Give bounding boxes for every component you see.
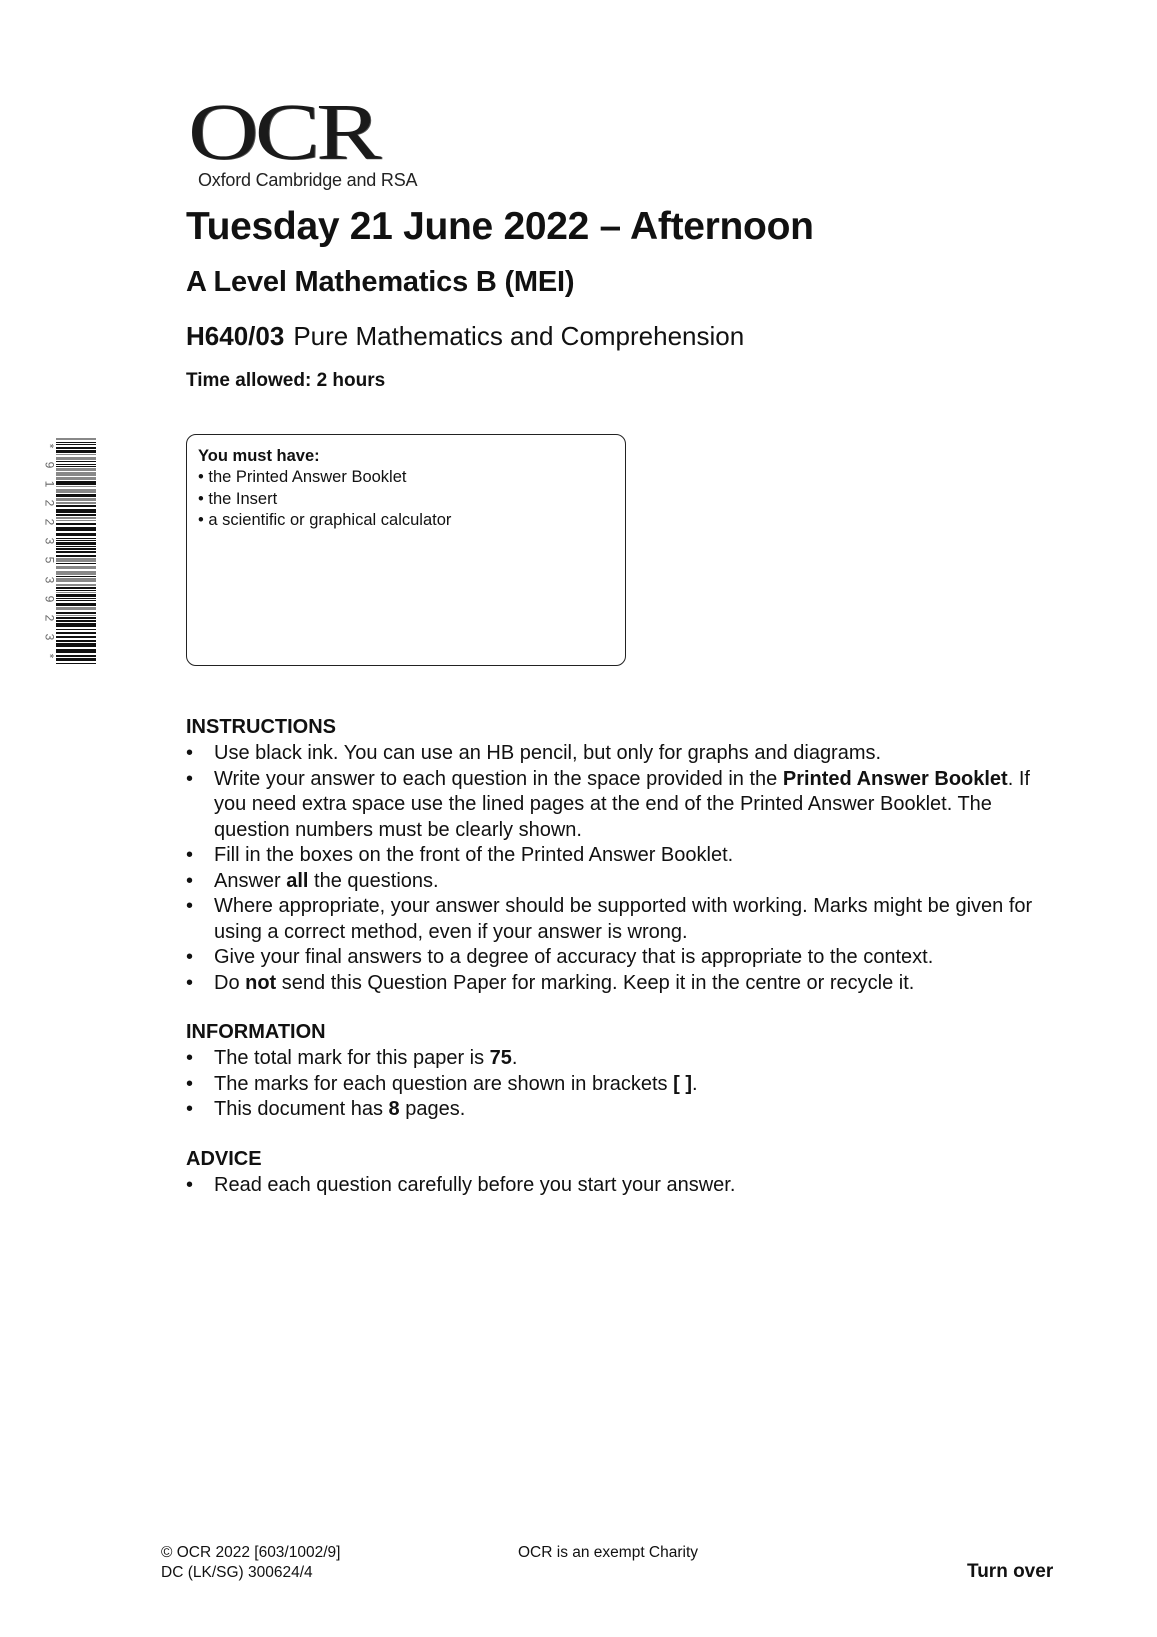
paper-line: H640/03Pure Mathematics and Comprehensio… xyxy=(186,321,744,352)
barcode: *9122353923* xyxy=(40,438,96,664)
bullet-icon: • xyxy=(186,1046,193,1072)
footer-doc-ref: DC (LK/SG) 300624/4 xyxy=(161,1563,340,1583)
barcode-digit: * xyxy=(39,654,55,659)
footer-left: © OCR 2022 [603/1002/9] DC (LK/SG) 30062… xyxy=(161,1543,340,1583)
bullet-icon: • xyxy=(186,1173,193,1199)
advice-heading: ADVICE xyxy=(186,1148,262,1171)
information-heading: INFORMATION xyxy=(186,1021,326,1044)
bullet-icon: • xyxy=(186,971,193,997)
barcode-digit: 2 xyxy=(39,519,55,526)
bullet-icon: • xyxy=(186,945,193,971)
barcode-digit: 2 xyxy=(39,614,55,621)
bullet-icon: • xyxy=(186,767,193,793)
barcode-digit: * xyxy=(39,444,55,449)
list-item: •Where appropriate, your answer should b… xyxy=(186,894,1066,945)
list-item: •Do not send this Question Paper for mar… xyxy=(186,971,1066,997)
barcode-bars-icon xyxy=(56,438,96,664)
list-item: •This document has 8 pages. xyxy=(186,1097,1066,1123)
instructions-heading: INSTRUCTIONS xyxy=(186,716,336,739)
ocr-logo-mark: OCR xyxy=(188,96,378,168)
must-have-heading: You must have: xyxy=(198,446,625,467)
barcode-digit: 3 xyxy=(39,538,55,545)
barcode-digit: 3 xyxy=(39,633,55,640)
list-item: •Answer all the questions. xyxy=(186,869,1066,895)
barcode-digit: 2 xyxy=(39,500,55,507)
barcode-digit: 9 xyxy=(39,462,55,469)
list-item: •Give your final answers to a degree of … xyxy=(186,945,1066,971)
ocr-logo-tagline: Oxford Cambridge and RSA xyxy=(198,170,417,191)
list-item: •The total mark for this paper is 75. xyxy=(186,1046,1066,1072)
bullet-icon: • xyxy=(186,894,193,920)
instructions-list: •Use black ink. You can use an HB pencil… xyxy=(186,741,1066,996)
exam-date-session: Tuesday 21 June 2022 – Afternoon xyxy=(186,205,814,249)
bullet-icon: • xyxy=(186,843,193,869)
bullet-icon: • xyxy=(186,741,193,767)
list-item: •Fill in the boxes on the front of the P… xyxy=(186,843,1066,869)
must-have-item: • a scientific or graphical calculator xyxy=(198,510,625,532)
ocr-logo: OCR Oxford Cambridge and RSA xyxy=(188,96,428,196)
paper-title: Pure Mathematics and Comprehension xyxy=(293,321,744,351)
barcode-digit: 9 xyxy=(39,595,55,602)
footer-charity: OCR is an exempt Charity xyxy=(518,1543,698,1563)
must-have-list: • the Printed Answer Booklet• the Insert… xyxy=(198,467,625,532)
must-have-item: • the Insert xyxy=(198,489,625,511)
list-item: •Read each question carefully before you… xyxy=(186,1173,1066,1199)
bullet-icon: • xyxy=(186,1072,193,1098)
paper-code: H640/03 xyxy=(186,321,284,351)
list-item: •The marks for each question are shown i… xyxy=(186,1072,1066,1098)
turn-over-label: Turn over xyxy=(967,1561,1053,1583)
time-allowed: Time allowed: 2 hours xyxy=(186,370,385,392)
barcode-digit: 3 xyxy=(39,576,55,583)
barcode-digit: 1 xyxy=(39,481,55,488)
bullet-icon: • xyxy=(186,869,193,895)
footer-copyright: © OCR 2022 [603/1002/9] xyxy=(161,1543,340,1563)
advice-list: •Read each question carefully before you… xyxy=(186,1173,1066,1199)
barcode-digit: 5 xyxy=(39,557,55,564)
list-item: •Write your answer to each question in t… xyxy=(186,767,1066,844)
bullet-icon: • xyxy=(186,1097,193,1123)
barcode-digits: *9122353923* xyxy=(40,438,54,664)
qualification-title: A Level Mathematics B (MEI) xyxy=(186,266,574,299)
list-item: •Use black ink. You can use an HB pencil… xyxy=(186,741,1066,767)
must-have-item: • the Printed Answer Booklet xyxy=(198,467,625,489)
must-have-box: You must have: • the Printed Answer Book… xyxy=(186,434,626,666)
information-list: •The total mark for this paper is 75.•Th… xyxy=(186,1046,1066,1123)
